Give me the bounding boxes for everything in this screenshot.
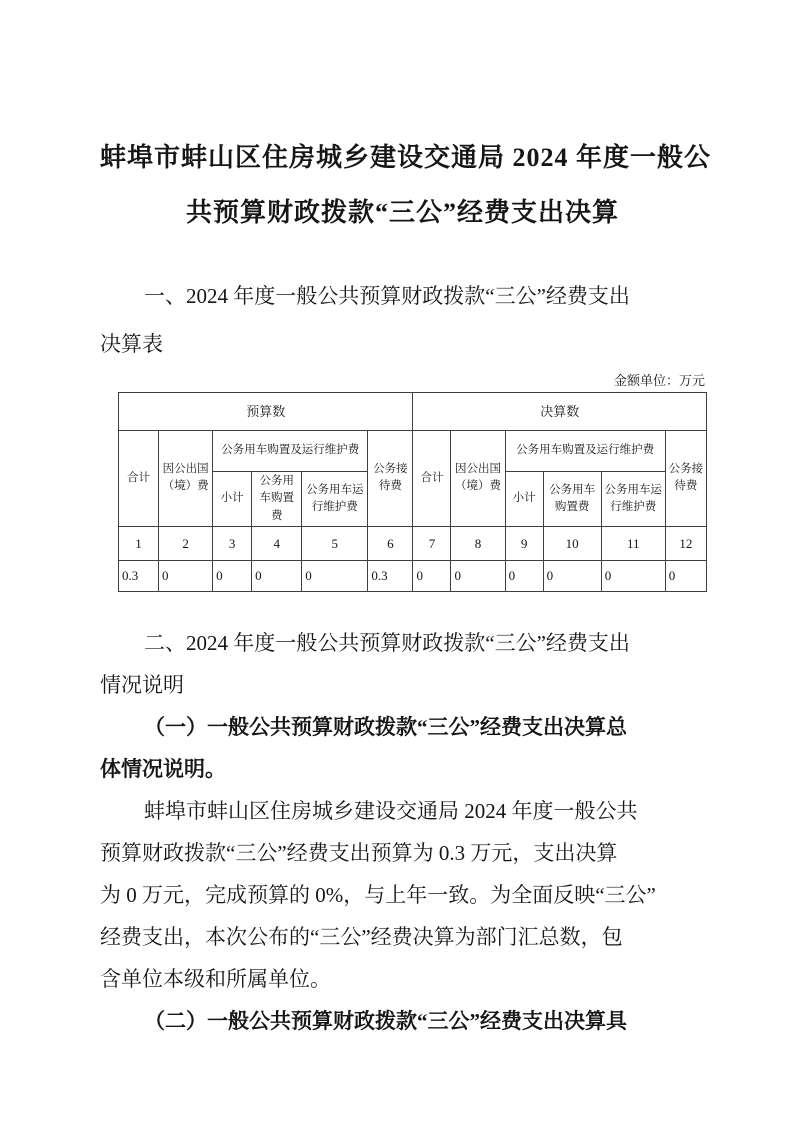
unit-note: 金额单位：万元 [100, 370, 705, 389]
title-line-2: 共预算财政拨款“三公”经费支出决算 [100, 185, 705, 240]
value-cell: 0.3 [119, 560, 159, 591]
column-number-cell: 9 [505, 526, 543, 560]
value-cell: 0 [543, 560, 601, 591]
section2: 二、2024 年度一般公共预算财政拨款“三公”经费支出 情况说明 （一）一般公共… [100, 622, 705, 1042]
value-cell: 0 [413, 560, 451, 591]
value-cell: 0 [451, 560, 505, 591]
column-number-cell: 6 [368, 526, 413, 560]
final-header-vehicle-subtotal: 小计 [505, 472, 543, 527]
final-header-vehicle-purchase: 公务用车购置费 [543, 472, 601, 527]
section2-heading-line-1: 二、2024 年度一般公共预算财政拨款“三公”经费支出 [100, 622, 705, 664]
subsection1-heading-line-2: 体情况说明。 [100, 748, 705, 790]
value-row: 0.3 0 0 0 0 0.3 0 0 0 0 0 0 [119, 560, 707, 591]
column-number-cell: 5 [302, 526, 368, 560]
final-header-vehicle-maintenance: 公务用车运行维护费 [601, 472, 665, 527]
paragraph-line: 预算财政拨款“三公”经费支出预算为 0.3 万元，支出决算 [100, 832, 705, 874]
column-number-cell: 3 [213, 526, 252, 560]
column-number-cell: 10 [543, 526, 601, 560]
final-group-header: 决算数 [413, 393, 707, 431]
paragraph-line: 经费支出，本次公布的“三公”经费决算为部门汇总数，包 [100, 916, 705, 958]
column-number-cell: 12 [665, 526, 706, 560]
column-number-cell: 2 [159, 526, 213, 560]
section2-heading-line-2: 情况说明 [100, 664, 705, 706]
final-header-reception: 公务接待费 [665, 431, 706, 527]
subsection1-heading-line-1: （一）一般公共预算财政拨款“三公”经费支出决算总 [100, 706, 705, 748]
document-title: 蚌埠市蚌山区住房城乡建设交通局 2024 年度一般公 共预算财政拨款“三公”经费… [100, 130, 705, 240]
paragraph-line: 蚌埠市蚌山区住房城乡建设交通局 2024 年度一般公共 [100, 790, 705, 832]
overview-paragraph: 蚌埠市蚌山区住房城乡建设交通局 2024 年度一般公共 预算财政拨款“三公”经费… [100, 790, 705, 1000]
final-header-total: 合计 [413, 431, 451, 527]
budget-header-abroad: 因公出国（境）费 [159, 431, 213, 527]
budget-header-vehicle-group: 公务用车购置及运行维护费 [213, 431, 368, 472]
column-number-cell: 8 [451, 526, 505, 560]
column-number-cell: 4 [252, 526, 302, 560]
final-header-vehicle-group: 公务用车购置及运行维护费 [505, 431, 665, 472]
value-cell: 0 [302, 560, 368, 591]
paragraph-line: 含单位本级和所属单位。 [100, 958, 705, 1000]
budget-header-vehicle-maintenance: 公务用车运行维护费 [302, 472, 368, 527]
budget-header-vehicle-subtotal: 小计 [213, 472, 252, 527]
value-cell: 0 [213, 560, 252, 591]
budget-header-total: 合计 [119, 431, 159, 527]
budget-group-header: 预算数 [119, 393, 413, 431]
column-number-cell: 7 [413, 526, 451, 560]
column-number-row: 1 2 3 4 5 6 7 8 9 10 11 12 [119, 526, 707, 560]
budget-header-reception: 公务接待费 [368, 431, 413, 527]
column-number-cell: 1 [119, 526, 159, 560]
section1-heading-line-2: 决算表 [100, 320, 705, 368]
value-cell: 0 [505, 560, 543, 591]
final-header-abroad: 因公出国（境）费 [451, 431, 505, 527]
document-page: 蚌埠市蚌山区住房城乡建设交通局 2024 年度一般公 共预算财政拨款“三公”经费… [0, 0, 793, 1122]
sangong-expense-table: 预算数 决算数 合计 因公出国（境）费 公务用车购置及运行维护费 公务接待费 合… [118, 392, 707, 592]
value-cell: 0 [252, 560, 302, 591]
value-cell: 0 [159, 560, 213, 591]
budget-header-vehicle-purchase: 公务用车购置费 [252, 472, 302, 527]
section1-heading: 一、2024 年度一般公共预算财政拨款“三公”经费支出 决算表 [100, 272, 705, 368]
title-line-1: 蚌埠市蚌山区住房城乡建设交通局 2024 年度一般公 [100, 130, 705, 185]
value-cell: 0.3 [368, 560, 413, 591]
paragraph-line: 为 0 万元，完成预算的 0%，与上年一致。为全面反映“三公” [100, 874, 705, 916]
value-cell: 0 [665, 560, 706, 591]
subsection2-heading-line-1: （二）一般公共预算财政拨款“三公”经费支出决算具 [100, 1000, 705, 1042]
section1-heading-line-1: 一、2024 年度一般公共预算财政拨款“三公”经费支出 [100, 272, 705, 320]
value-cell: 0 [601, 560, 665, 591]
column-number-cell: 11 [601, 526, 665, 560]
